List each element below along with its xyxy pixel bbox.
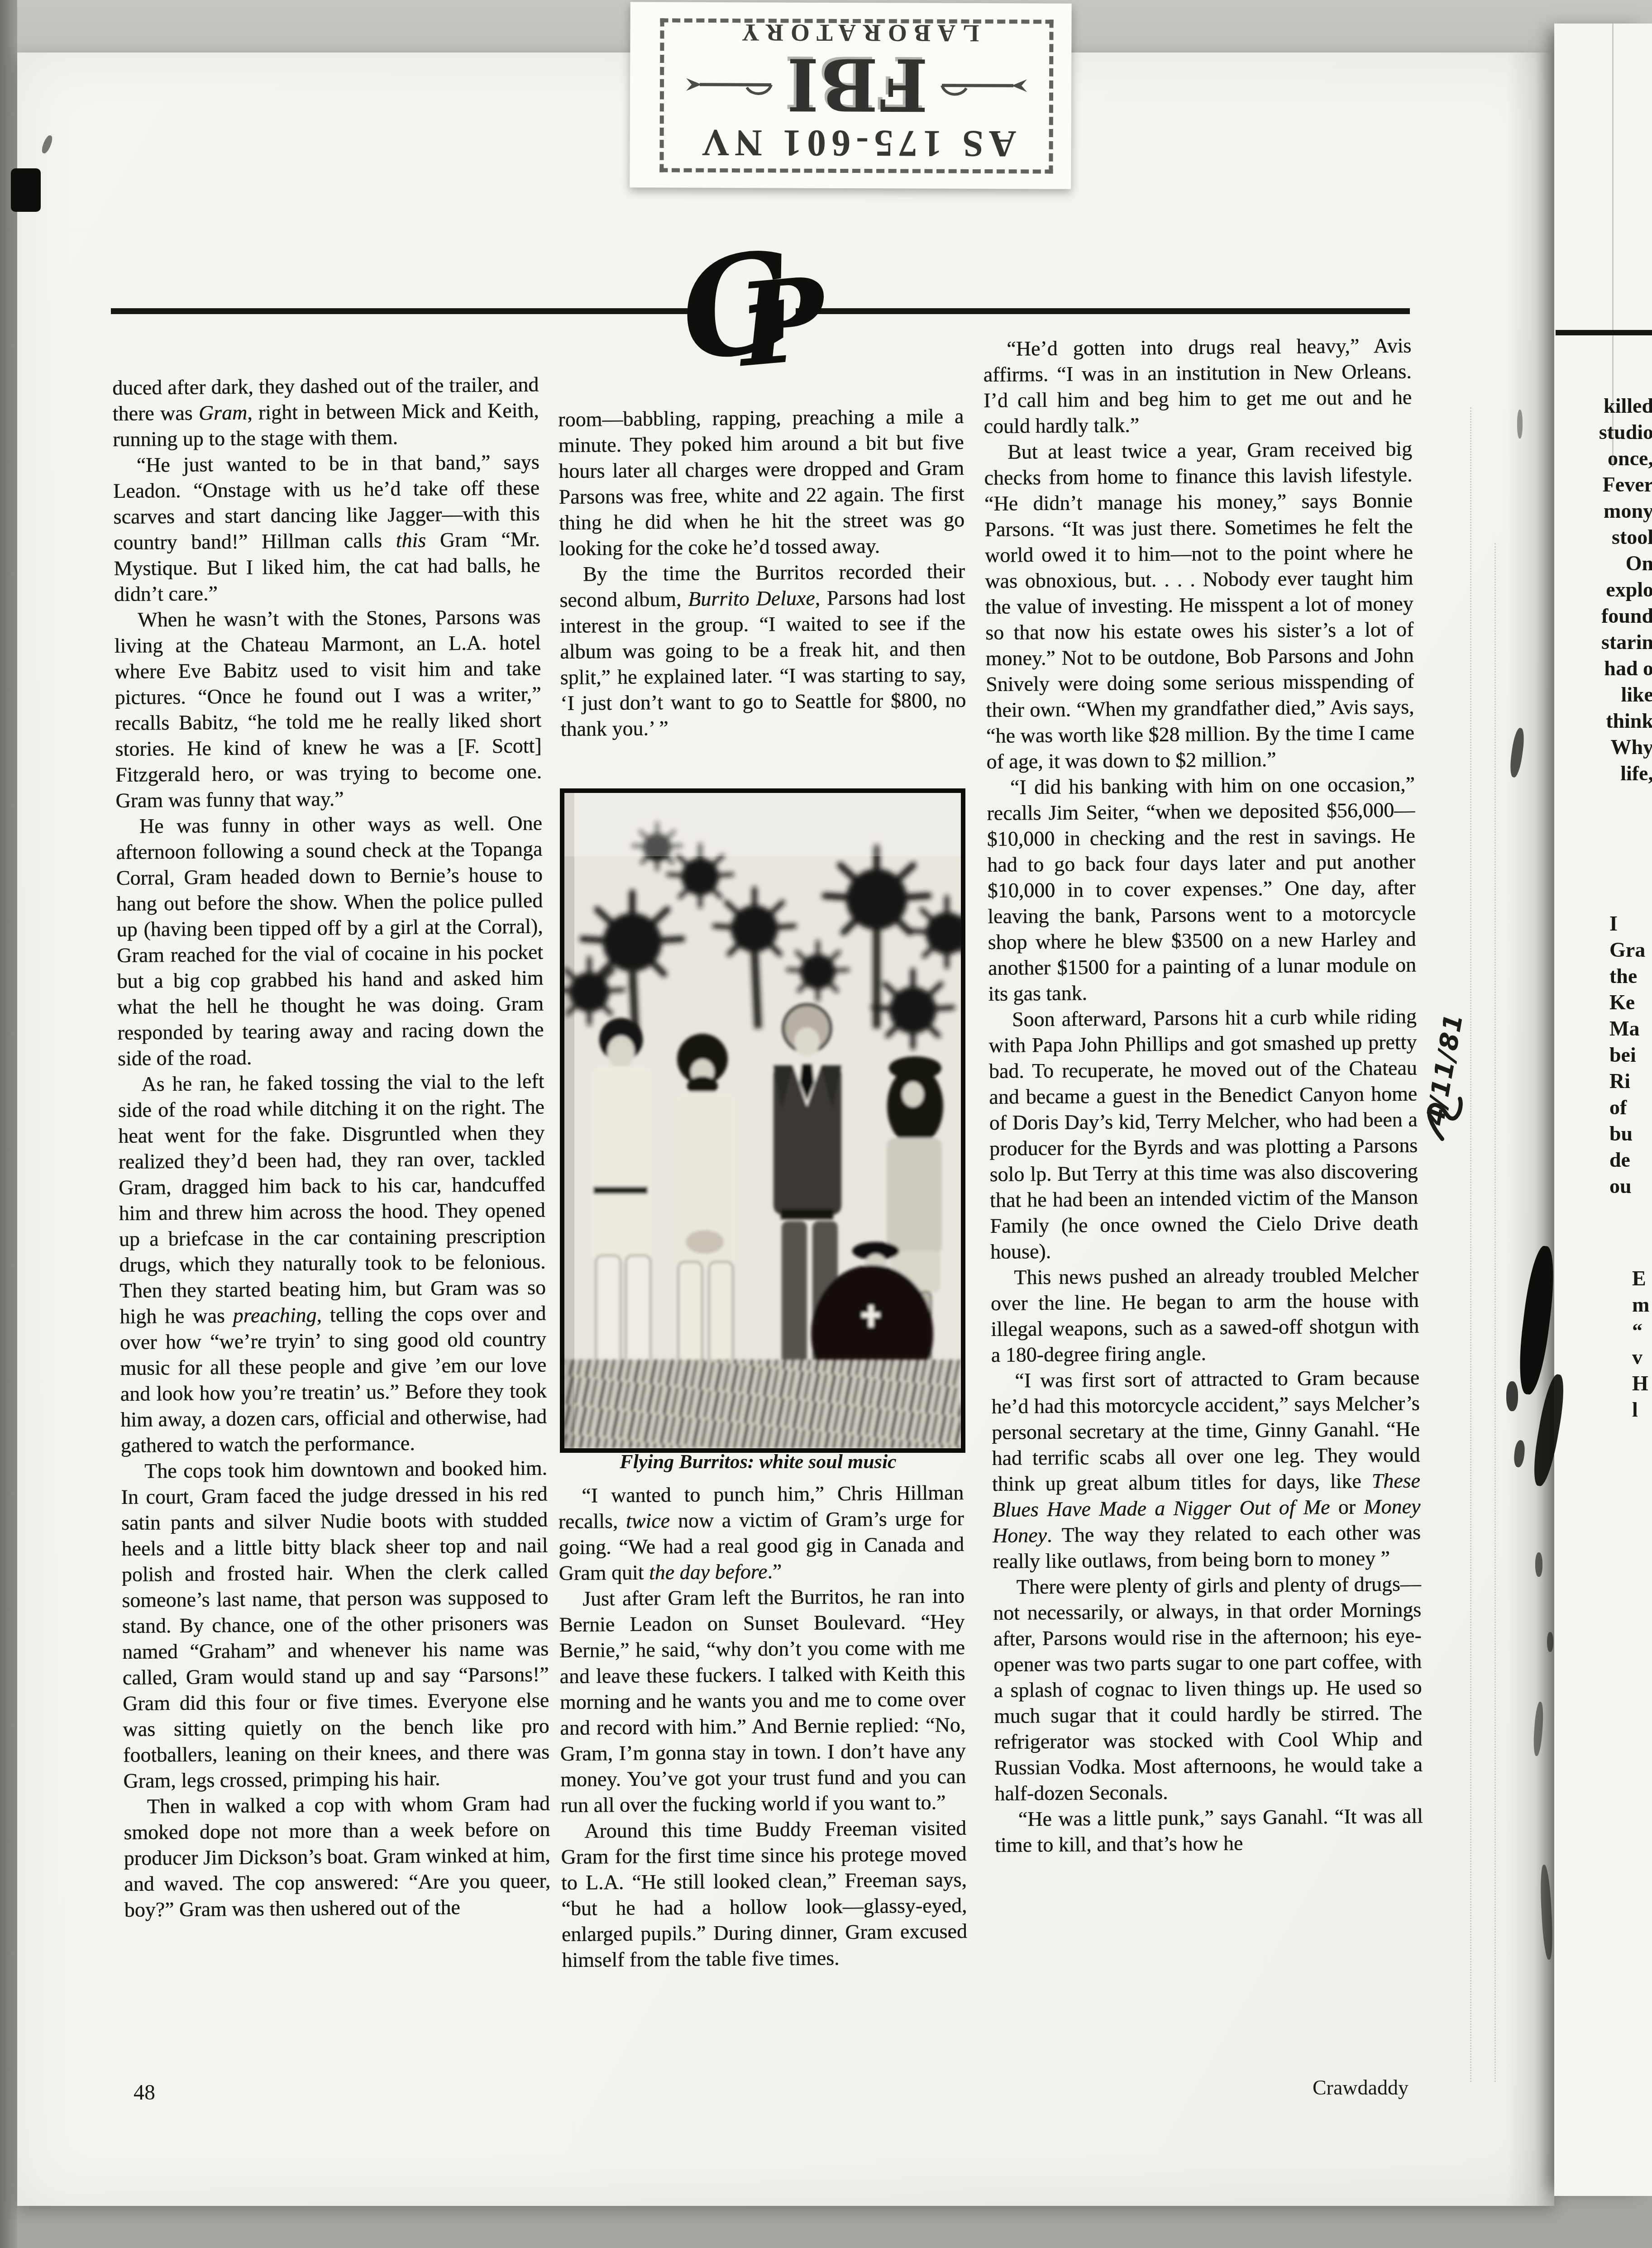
stamp-serial: AS 175-601 NV — [697, 121, 1017, 166]
clipped-text-line: ou — [1609, 1173, 1652, 1199]
gutter-crease-line — [1470, 407, 1471, 2082]
clipped-text-line: life, — [1586, 760, 1652, 787]
adjacent-page-rule — [1556, 330, 1652, 335]
clipped-text-line: Fever — [1586, 472, 1652, 498]
clipped-text-line: mony — [1586, 498, 1652, 524]
toner-smudge — [1506, 1381, 1518, 1411]
clipped-text-line: E — [1632, 1265, 1652, 1292]
adjacent-page-text-fragment: killedstudioonce,FevermonystoolOnexplofo… — [1586, 393, 1652, 787]
paragraph: He was funny in other ways as well. One … — [116, 810, 544, 1071]
clipped-text-line: I — [1609, 911, 1652, 937]
gp-monogram-logo: G P — [681, 232, 812, 404]
photo-caption: Flying Burritos: white soul music — [564, 1450, 952, 1473]
gutter-crease-line — [1494, 543, 1496, 2082]
clipped-text-line: m — [1632, 1292, 1652, 1318]
clipped-text-line: once, — [1586, 445, 1652, 472]
paragraph: “He’d gotten into drugs real heavy,” Avi… — [983, 333, 1412, 439]
band-photo-frame — [560, 788, 965, 1453]
clipped-text-line: explo — [1586, 577, 1652, 603]
clipped-text-line: On — [1586, 550, 1652, 577]
masthead-rule-right — [796, 308, 1410, 314]
clipped-text-line: like — [1586, 682, 1652, 708]
toner-smudge — [11, 168, 41, 212]
band-photo — [564, 793, 961, 1448]
clipped-text-line: Ke — [1609, 989, 1652, 1016]
paragraph: “I wanted to punch him,” Chris Hillman r… — [558, 1480, 964, 1586]
clipped-text-line: v — [1632, 1344, 1652, 1370]
clipped-text-line: bu — [1609, 1121, 1652, 1147]
clipped-text-line: stool — [1586, 524, 1652, 550]
fbi-laboratory-stamp: AS 175-601 NV FBI LABORATORY — [659, 19, 1053, 174]
stamp-agency: FBI — [785, 42, 928, 127]
paragraph: As he ran, he faked tossing the vial to … — [118, 1068, 547, 1458]
paragraph: “I was first sort of attracted to Gram b… — [991, 1365, 1421, 1574]
clipped-text-line: bei — [1609, 1042, 1652, 1068]
paragraph: But at least twice a year, Gram received… — [984, 436, 1415, 774]
clipped-text-line: H — [1632, 1370, 1652, 1397]
toner-smudge — [1547, 1632, 1553, 1652]
clipped-text-line: Ma — [1609, 1016, 1652, 1042]
scanned-magazine-page: { "scan": { "paper_color": "#f4f3ee", "c… — [0, 0, 1652, 2248]
toner-smudge — [1535, 1552, 1542, 1577]
clipped-text-line: “ — [1632, 1318, 1652, 1344]
paragraph: duced after dark, they dashed out of the… — [112, 372, 539, 452]
paragraph: Soon afterward, Parsons hit a curb while… — [988, 1003, 1418, 1265]
paragraph: Just after Gram left the Burritos, he ra… — [559, 1583, 966, 1818]
paragraph: When he wasn’t with the Stones, Parsons … — [114, 604, 542, 813]
article-column-3: “He’d gotten into drugs real heavy,” Avi… — [983, 333, 1423, 1858]
article-column-1: duced after dark, they dashed out of the… — [112, 372, 551, 1923]
clipped-text-line: starin — [1586, 629, 1652, 655]
flourish-right-icon — [681, 67, 773, 101]
masthead-rule-left — [111, 308, 701, 314]
clipped-text-line: studio — [1586, 419, 1652, 445]
toner-smudge — [1517, 410, 1523, 439]
clipped-text-line: Why — [1586, 734, 1652, 760]
clipped-text-line: killed — [1586, 393, 1652, 419]
clipped-text-line: think — [1586, 708, 1652, 734]
paragraph: “He just wanted to be in that band,” say… — [113, 449, 540, 607]
article-column-2-top: room—babbling, rapping, preaching a mile… — [558, 403, 966, 742]
clipped-text-line: Gra — [1609, 937, 1652, 963]
gp-monogram-p: P — [733, 252, 831, 392]
paragraph: room—babbling, rapping, preaching a mile… — [558, 403, 965, 561]
article-column-2-bottom: “I wanted to punch him,” Chris Hillman r… — [558, 1480, 967, 1973]
adjacent-page-text-fragment: Em“vHl — [1632, 1265, 1652, 1423]
clipped-text-line: found — [1586, 603, 1652, 629]
paragraph: Around this time Buddy Freeman visited G… — [561, 1815, 968, 1973]
source-credit: Crawdaddy — [1128, 2076, 1408, 2100]
adjacent-page-text-fragment: IGratheKeMabeiRiofbudeou — [1609, 911, 1652, 1199]
clipped-text-line: l — [1632, 1397, 1652, 1423]
clipped-text-line: had o — [1586, 655, 1652, 682]
fbi-evidence-card: AS 175-601 NV FBI LABORATORY — [630, 2, 1071, 189]
paragraph: Then in walked a cop with whom Gram had … — [124, 1790, 551, 1923]
clipped-text-line: Ri — [1609, 1068, 1652, 1094]
paragraph: By the time the Burritos recorded their … — [559, 558, 966, 742]
clipped-text-line: de — [1609, 1147, 1652, 1173]
paragraph: “I did his banking with him on one occas… — [987, 771, 1417, 1007]
stamp-agency-row: FBI — [681, 44, 1033, 125]
clipped-text-line: the — [1609, 963, 1652, 989]
clipped-text-line: of — [1609, 1094, 1652, 1121]
paragraph: The cops took him downtown and booked hi… — [121, 1455, 550, 1794]
paragraph: “He was a little punk,” says Ganahl. “It… — [995, 1803, 1423, 1857]
flourish-left-icon — [940, 67, 1032, 102]
scan-left-edge — [0, 0, 17, 2248]
page-number: 48 — [134, 2080, 155, 2105]
paragraph: This news pushed an already troubled Mel… — [990, 1261, 1419, 1368]
paragraph: There were plenty of girls and plenty of… — [993, 1570, 1423, 1806]
